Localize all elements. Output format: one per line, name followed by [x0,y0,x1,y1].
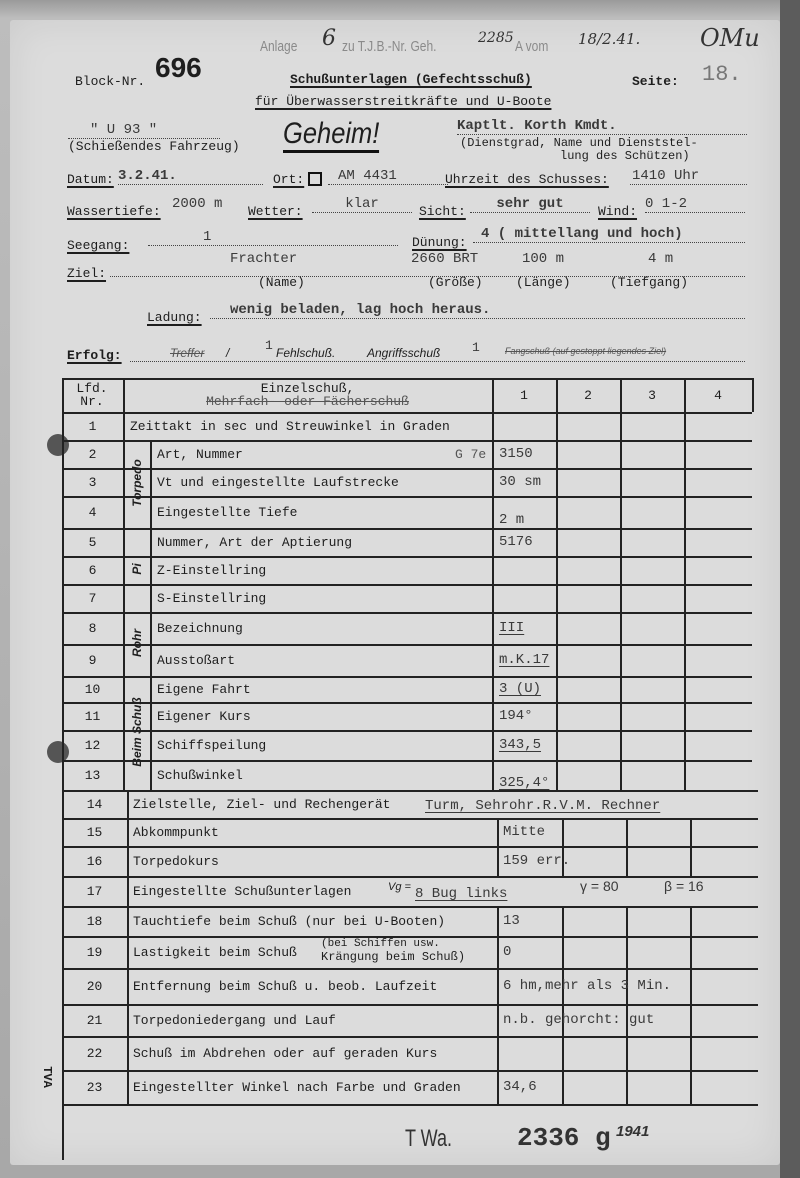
seegang-value: 1 [148,229,398,246]
header-shot-2: 2 [556,378,620,412]
shot-1-value: 3150 [499,440,533,468]
ziel-laenge: 100 m [522,251,564,267]
row-label-extra-1: (bei Schiffen usw. [321,938,440,950]
table-right-border [752,378,754,412]
row-label: Torpedoniedergang und Lauf [133,1004,336,1036]
fehlschuss-count: 1 [265,338,273,353]
erfolg-slash: / [226,346,229,360]
value-column-divider [556,378,558,790]
row-label: Entfernung beim Schuß u. beob. Laufzeit [133,968,437,1004]
angriffsschuss-label: Angriffsschuß [367,346,440,360]
wassertiefe-value: 2000 m [172,196,222,212]
group-label-beim-schuss: Beim Schuß [130,692,144,772]
signature: OMu [700,24,760,52]
gamma-value: γ = 80 [580,878,619,894]
ladung-value: wenig beladen, lag hoch heraus. [210,302,745,319]
ziel-caption-name: (Name) [258,275,305,290]
form-subtitle: für Überwasserstreitkräfte und U-Boote [255,94,551,109]
block-nr-value: 696 [155,52,202,84]
shot-1-value: 13 [503,906,520,936]
group-divider [123,676,152,678]
row-label: Eigener Kurs [157,702,251,730]
scan-edge-shadow [780,0,800,1178]
uhrzeit-label: Uhrzeit des Schusses: [445,172,609,187]
row-number: 18 [62,906,127,936]
row-label: Art, Nummer [157,440,243,468]
shot-1-value: 3 (U) [499,676,541,702]
vg-label: Vg = [388,881,411,893]
ziel-label: Ziel: [67,266,106,281]
treffer-struck: Treffer [170,346,204,360]
group-label-torpedo: Torpedo [130,443,144,523]
row-number: 10 [62,676,123,702]
margin-code: TVA [40,1066,54,1088]
wassertiefe-label: Wassertiefe: [67,204,161,219]
archive-stamp-year: 1941 [616,1123,649,1140]
row-number: 11 [62,702,123,730]
angriffsschuss-count: 1 [472,340,480,355]
group-column-divider [150,440,152,790]
row-number: 13 [62,760,123,790]
ort-label: Ort: [273,172,304,187]
row-number: 23 [62,1070,127,1104]
beta-value: β = 16 [664,878,704,894]
row-label: Eingestellter Winkel nach Farbe und Grad… [133,1070,461,1104]
row-number: 1 [62,412,123,440]
archive-stamp-prefix: T Wa. [405,1125,452,1153]
ort-value: AM 4431 [328,168,448,185]
archive-stamp-number: 2336 g [517,1123,611,1153]
ziel-caption-groesse: (Größe) [428,275,483,290]
lfd-column-divider [123,378,125,790]
duenung-label: Dünung: [412,235,467,250]
lfd-column-divider-lower [127,790,129,1104]
value-column-divider [620,378,622,790]
erfolg-dotted-line [130,361,745,362]
value-column-divider [492,378,494,790]
seite-label: Seite: [632,74,679,89]
value-column-divider [497,818,499,876]
header-description: Einzelschuß,Mehrfach- oder Fächerschuß [125,378,490,412]
row-divider [62,1104,758,1106]
shot-1-value: 6 hm,mehr als 3 Min. [503,968,671,1004]
group-label-pi: Pi [130,529,144,609]
value-column-divider [497,906,499,1104]
geheim-stamp: Geheim! [283,118,379,153]
shooter-caption-2: lung des Schützen) [560,149,690,163]
row-label: Schuß im Abdrehen oder auf geraden Kurs [133,1036,437,1070]
row-label: Eingestellte Schußunterlagen [133,876,351,906]
header-shot-3: 3 [620,378,684,412]
row-label: S-Einstellring [157,584,266,612]
shot-1-value: 8 Bug links [415,886,507,902]
row-number: 9 [62,644,123,676]
header-mehrfachschuss-struck: Mehrfach- oder Fächerschuß [206,395,409,408]
shot-1-value: Turm, Sehrohr.R.V.M. Rechner [425,798,660,814]
row-label: Torpedokurs [133,846,219,876]
row-number: 5 [62,528,123,556]
header-shot-1: 1 [492,378,556,412]
row-label: Vt und eingestellte Laufstrecke [157,468,399,496]
row-number: 20 [62,968,127,1004]
ladung-label: Ladung: [147,310,202,325]
row-label: Zielstelle, Ziel- und Rechengerät [133,790,390,818]
erfolg-label: Erfolg: [67,348,122,363]
shot-1-value: Mitte [503,818,545,846]
row-label: Nummer, Art der Aptierung [157,528,352,556]
value-column-divider [684,378,686,790]
row-label: Tauchtiefe beim Schuß (nur bei U-Booten) [133,906,445,936]
wind-value: 0 1-2 [645,196,745,213]
row-number: 14 [62,790,127,818]
shot-1-value: n.b. gehorcht: gut [503,1004,654,1036]
anlage-value: 6 [322,26,336,51]
fehlschuss-label: Fehlschuß. [276,346,335,360]
shot-1-value: 0 [503,936,511,968]
value-column-divider [626,818,628,876]
row-label: Ausstoßart [157,644,235,676]
anlage-label: Anlage [260,38,297,55]
ziel-name: Frachter [230,251,297,267]
tjb-value: 2285 [478,30,514,46]
ziel-tiefgang: 4 m [648,251,673,267]
wetter-label: Wetter: [248,204,303,219]
row-number: 16 [62,846,127,876]
row-number: 6 [62,556,123,584]
fangschuss-struck: Fangschuß (auf gestoppt liegendes Ziel) [505,346,666,356]
row-label: Schiffspeilung [157,730,266,760]
shot-1-value: 343,5 [499,730,541,760]
row-label: Schußwinkel [157,760,243,790]
shooter-caption-1: (Dienstgrad, Name und Dienststel- [460,136,698,150]
a-vom-value: 18/2.41. [578,30,640,48]
duenung-value: 4 ( mittellang und hoch) [473,226,745,243]
row-number: 8 [62,612,123,644]
wind-label: Wind: [598,204,637,219]
uhrzeit-value: 1410 Uhr [630,168,747,185]
row-number: 17 [62,876,127,906]
shot-1-value: 325,4° [499,768,549,798]
row-label: Z-Einstellring [157,556,266,584]
header-nr: Nr. [80,395,103,408]
header-shot-4: 4 [684,378,752,412]
group-label-rohr: Rohr [130,603,144,683]
ziel-caption-tiefgang: (Tiefgang) [610,275,688,290]
value-column-divider [690,818,692,876]
shot-1-value: 159 err. [503,846,570,876]
shot-1-value: 30 sm [499,468,541,496]
row-label: Bezeichnung [157,612,243,644]
row-label-extra: G 7e [455,440,486,468]
header-lfd-nr: Lfd.Nr. [62,378,122,412]
tjb-label: zu T.J.B.-Nr. Geh. [342,38,436,55]
row-label: Abkommpunkt [133,818,219,846]
vessel-value: " U 93 " [68,122,220,139]
seegang-label: Seegang: [67,238,129,253]
row-number: 15 [62,818,127,846]
ziel-caption-laenge: (Länge) [516,275,571,290]
shot-1-value: 34,6 [503,1070,537,1104]
block-nr-label: Block-Nr. [75,74,145,89]
row-label: Eingestellte Tiefe [157,496,297,528]
datum-label: Datum: [67,172,114,187]
row-number: 7 [62,584,123,612]
seite-value: 18. [702,62,742,87]
row-label: Zeittakt in sec und Streuwinkel in Grade… [130,412,450,440]
value-column-divider [690,906,692,1104]
row-number: 12 [62,730,123,760]
shot-1-value: 5176 [499,528,533,556]
a-vom-label: A vom [515,38,548,55]
form-title: Schußunterlagen (Gefechtsschuß) [290,72,532,87]
ziel-groesse: 2660 BRT [411,251,478,267]
grid-square-icon [308,172,322,186]
row-label: Lastigkeit beim Schuß [133,936,297,968]
row-label: Eigene Fahrt [157,676,251,702]
datum-value: 3.2.41. [118,168,263,185]
row-label-extra-2: Krängung beim Schuß) [321,950,465,964]
row-number: 3 [62,468,123,496]
shot-1-value: m.K.17 [499,644,549,676]
wetter-value: klar [312,196,412,213]
row-number: 21 [62,1004,127,1036]
sicht-value: sehr gut [470,196,590,213]
row-number: 4 [62,496,123,528]
row-number: 22 [62,1036,127,1070]
shooter-value: Kaptlt. Korth Kmdt. [457,118,747,135]
shot-1-value: 194° [499,702,533,730]
row-number: 19 [62,936,127,968]
vessel-caption: (Schießendes Fahrzeug) [68,139,240,154]
sicht-label: Sicht: [419,204,466,219]
row-number: 2 [62,440,123,468]
shot-1-value: III [499,612,524,644]
